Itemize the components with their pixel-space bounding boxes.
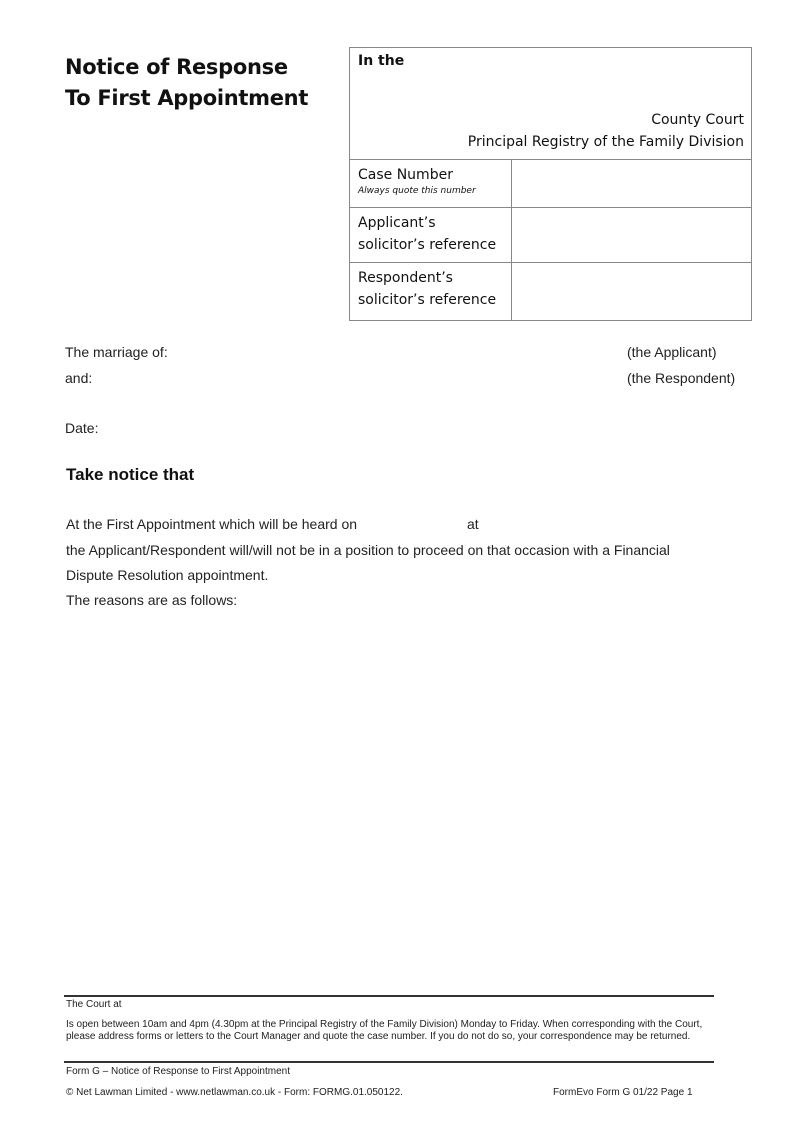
notice-line-1: At the First Appointment which will be h… <box>66 516 357 532</box>
in-the-label: In the <box>358 53 404 69</box>
opening-hours-text: Is open between 10am and 4pm (4.30pm at … <box>66 1019 714 1043</box>
applicant-reference-label: Applicant’s solicitor’s reference <box>358 212 496 256</box>
court-name-line-1: County Court <box>468 109 744 131</box>
respondent-reference-label-2: solicitor’s reference <box>358 289 496 311</box>
notice-line-4: The reasons are as follows: <box>66 592 237 608</box>
court-name: County Court Principal Registry of the F… <box>468 109 744 153</box>
respondent-suffix: (the Respondent) <box>627 370 735 386</box>
title-line-2: To First Appointment <box>65 83 308 114</box>
copyright-text: © Net Lawman Limited - www.netlawman.co.… <box>66 1087 403 1099</box>
respondent-reference-field[interactable] <box>511 263 751 321</box>
notice-line-3: Dispute Resolution appointment. <box>66 567 268 583</box>
notice-line-2: the Applicant/Respondent will/will not b… <box>66 542 670 558</box>
applicant-reference-field[interactable] <box>511 208 751 263</box>
and-label: and: <box>65 370 92 386</box>
applicant-reference-label-2: solicitor’s reference <box>358 234 496 256</box>
case-number-hint: Always quote this number <box>358 186 476 197</box>
applicant-reference-label-1: Applicant’s <box>358 212 496 234</box>
notice-line-1-at: at <box>467 516 479 532</box>
applicant-reference-row: Applicant’s solicitor’s reference <box>350 207 751 263</box>
respondent-reference-label: Respondent’s solicitor’s reference <box>358 267 496 311</box>
form-name: Form G – Notice of Response to First App… <box>66 1066 290 1078</box>
title-line-1: Notice of Response <box>65 52 308 83</box>
applicant-suffix: (the Applicant) <box>627 344 717 360</box>
take-notice-heading: Take notice that <box>66 465 194 485</box>
court-details-box: In the County Court Principal Registry o… <box>349 47 752 321</box>
court-name-line-2: Principal Registry of the Family Divisio… <box>468 131 744 153</box>
footer-top-rule <box>64 995 714 997</box>
case-number-row: Case Number Always quote this number <box>350 159 751 208</box>
case-number-field[interactable] <box>511 160 751 208</box>
court-at-label: The Court at <box>66 999 122 1011</box>
marriage-label: The marriage of: <box>65 344 168 360</box>
document-title: Notice of Response To First Appointment <box>65 52 308 114</box>
case-number-label: Case Number Always quote this number <box>358 164 476 197</box>
respondent-reference-row: Respondent’s solicitor’s reference <box>350 262 751 321</box>
footer-bottom-rule <box>64 1061 714 1063</box>
page-info: FormEvo Form G 01/22 Page 1 <box>553 1087 693 1099</box>
case-number-text: Case Number <box>358 167 453 183</box>
respondent-reference-label-1: Respondent’s <box>358 267 496 289</box>
date-label: Date: <box>65 420 98 436</box>
